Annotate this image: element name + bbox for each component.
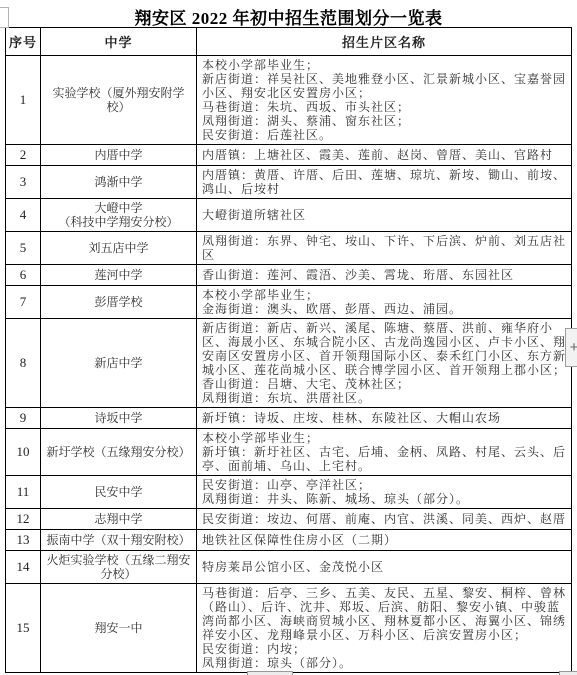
table-row: 6 莲河中学 香山街道：莲河、霞浯、沙美、霄垅、珩厝、东园社区 (6, 265, 572, 286)
table-row: 3 鸿渐中学 内厝镇：黄厝、许厝、后田、莲塘、琼坑、新垵、锄山、前垵、鸿山、后垵… (6, 166, 572, 199)
row-serial-number: 1 (6, 56, 41, 145)
table-row: 1 实验学校（厦外翔安附学校） 本校小学部毕业生； 新店街道：祥吴社区、美地雅登… (6, 56, 572, 145)
school-name: 刘五店中学 (41, 232, 197, 265)
row-serial-number: 15 (6, 584, 41, 673)
enrollment-table: 序号 中学 招生片区名称 1 实验学校（厦外翔安附学校） 本校小学部毕业生； 新… (5, 27, 572, 673)
table-row: 8 新店中学 新店街道：新店、新兴、溪尾、陈塘、蔡厝、洪前、雍华府小区、海晟小区… (6, 319, 572, 408)
district-names: 特房莱昂公馆小区、金茂悦小区 (197, 551, 572, 584)
header-district-names: 招生片区名称 (197, 28, 572, 56)
table-row: 12 志翔中学 民安街道：垵边、何厝、前庵、内官、洪溪、同美、西炉、赵厝 (6, 509, 572, 530)
page-title: 翔安区 2022 年初中招生范围划分一览表 (0, 0, 577, 27)
school-name: 志翔中学 (41, 509, 197, 530)
row-serial-number: 8 (6, 319, 41, 408)
zoom-in-button[interactable]: + (565, 328, 577, 367)
row-serial-number: 4 (6, 199, 41, 232)
table-row: 4 大嶝中学 （科技中学翔安分校） 大嶝街道所辖社区 (6, 199, 572, 232)
school-name: 莲河中学 (41, 265, 197, 286)
cutoff-toolbar-fragment (559, 671, 577, 675)
district-names: 地铁社区保障性住房小区（二期） (197, 530, 572, 551)
district-names: 本校小学部毕业生； 新圩镇：新圩社区、古宅、后埔、金柄、凤路、村尾、云头、后亭、… (197, 429, 572, 476)
table-row: 13 振南中学（双十翔安附校） 地铁社区保障性住房小区（二期） (6, 530, 572, 551)
school-name: 彭厝学校 (41, 286, 197, 319)
row-serial-number: 2 (6, 145, 41, 166)
district-names: 内厝镇：黄厝、许厝、后田、莲塘、琼坑、新垵、锄山、前垵、鸿山、后垵村 (197, 166, 572, 199)
table-row: 15 翔安一中 马巷街道：后亭、三乡、五美、友民、五星、黎安、桐梓、曾林（路山）… (6, 584, 572, 673)
row-serial-number: 9 (6, 408, 41, 429)
row-serial-number: 12 (6, 509, 41, 530)
header-serial-number: 序号 (6, 28, 41, 56)
district-names: 民安街道：山亭、亭洋社区； 凤翔街道：井头、陈新、城场、琼头（部分）。 (197, 476, 572, 509)
table-row: 7 彭厝学校 本校小学部毕业生； 金海街道：澳头、欧厝、彭厝、西边、浦园。 (6, 286, 572, 319)
school-name: 内厝中学 (41, 145, 197, 166)
school-name: 鸿渐中学 (41, 166, 197, 199)
school-name: 大嶝中学 （科技中学翔安分校） (41, 199, 197, 232)
district-names: 民安街道：垵边、何厝、前庵、内官、洪溪、同美、西炉、赵厝 (197, 509, 572, 530)
header-row: 序号 中学 招生片区名称 (6, 28, 572, 56)
district-names: 本校小学部毕业生； 新店街道：祥吴社区、美地雅登小区、汇景新城小区、宝嘉誉园小区… (197, 56, 572, 145)
header-school: 中学 (41, 28, 197, 56)
school-name: 诗坂中学 (41, 408, 197, 429)
school-name: 新店中学 (41, 319, 197, 408)
row-serial-number: 13 (6, 530, 41, 551)
district-names: 新店街道：新店、新兴、溪尾、陈塘、蔡厝、洪前、雍华府小区、海晟小区、东城合院小区… (197, 319, 572, 408)
school-name: 新圩学校（五缘翔安分校） (41, 429, 197, 476)
district-names: 新圩镇：诗坂、庄垵、桂林、东陵社区、大帽山农场 (197, 408, 572, 429)
district-names: 内厝镇：上塘社区、霞美、莲前、赵岗、曾厝、美山、官路村 (197, 145, 572, 166)
district-names: 本校小学部毕业生； 金海街道：澳头、欧厝、彭厝、西边、浦园。 (197, 286, 572, 319)
school-name: 民安中学 (41, 476, 197, 509)
table-row: 14 火炬实验学校（五缘二翔安分校） 特房莱昂公馆小区、金茂悦小区 (6, 551, 572, 584)
cutoff-toolbar-fragment (247, 671, 293, 675)
row-serial-number: 5 (6, 232, 41, 265)
row-serial-number: 11 (6, 476, 41, 509)
row-serial-number: 10 (6, 429, 41, 476)
district-names: 马巷街道：后亭、三乡、五美、友民、五星、黎安、桐梓、曾林（路山）、后许、沈井、郑… (197, 584, 572, 673)
district-names: 香山街道：莲河、霞浯、沙美、霄垅、珩厝、东园社区 (197, 265, 572, 286)
district-names: 凤翔街道：东界、钟宅、垵山、下许、下后滨、炉前、刘五店社区 (197, 232, 572, 265)
school-name: 振南中学（双十翔安附校） (41, 530, 197, 551)
table-body: 1 实验学校（厦外翔安附学校） 本校小学部毕业生； 新店街道：祥吴社区、美地雅登… (6, 56, 572, 673)
table-header: 序号 中学 招生片区名称 (6, 28, 572, 56)
row-serial-number: 6 (6, 265, 41, 286)
row-serial-number: 3 (6, 166, 41, 199)
school-name: 实验学校（厦外翔安附学校） (41, 56, 197, 145)
table-row: 5 刘五店中学 凤翔街道：东界、钟宅、垵山、下许、下后滨、炉前、刘五店社区 (6, 232, 572, 265)
table-row: 10 新圩学校（五缘翔安分校） 本校小学部毕业生； 新圩镇：新圩社区、古宅、后埔… (6, 429, 572, 476)
district-names: 大嶝街道所辖社区 (197, 199, 572, 232)
school-name: 火炬实验学校（五缘二翔安分校） (41, 551, 197, 584)
row-serial-number: 14 (6, 551, 41, 584)
table-row: 2 内厝中学 内厝镇：上塘社区、霞美、莲前、赵岗、曾厝、美山、官路村 (6, 145, 572, 166)
row-serial-number: 7 (6, 286, 41, 319)
school-name: 翔安一中 (41, 584, 197, 673)
cutoff-panel-fragment (0, 7, 9, 28)
table-row: 11 民安中学 民安街道：山亭、亭洋社区； 凤翔街道：井头、陈新、城场、琼头（部… (6, 476, 572, 509)
table-row: 9 诗坂中学 新圩镇：诗坂、庄垵、桂林、东陵社区、大帽山农场 (6, 408, 572, 429)
